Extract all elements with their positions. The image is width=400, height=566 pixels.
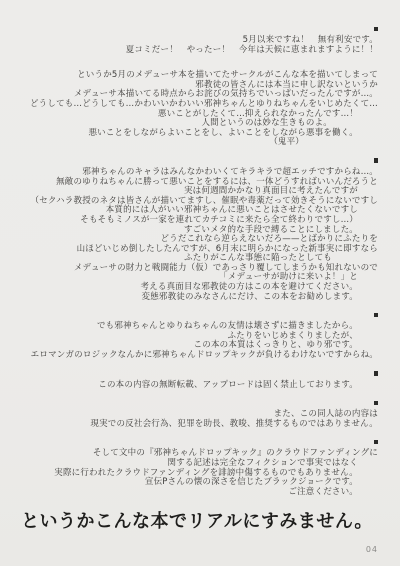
bullet-row — [16, 26, 378, 33]
bullet-square-icon — [374, 401, 379, 406]
bullet-square-icon — [374, 158, 379, 163]
page-number: 04 — [16, 545, 378, 554]
text-line: （鬼平） — [16, 138, 378, 148]
text-block: また、この同人誌の内容は現実での反社会行為、犯罪を助長、教唆、推奨するものではあ… — [16, 400, 378, 429]
bullet-row — [16, 312, 378, 319]
scanned-page: 5月以来ですね！ 無有利安です。夏コミだー！ やったー！ 今年は天候に恵まれます… — [0, 0, 400, 566]
text-line: ご注意ください。 — [16, 488, 378, 498]
text-block: そして文中の『邪神ちゃんドロップキック』のクラウドファンディングに関する記述は完… — [16, 439, 378, 497]
text-line: この本の内容の無断転載、アップロードは固く禁止しております。 — [16, 381, 378, 391]
bullet-square-icon — [374, 371, 379, 376]
text-block: 5月以来ですね！ 無有利安です。夏コミだー！ やったー！ 今年は天候に恵まれます… — [16, 26, 378, 55]
bullet-square-icon — [374, 440, 379, 445]
text-line: 夏コミだー！ やったー！ 今年は天候に恵まれますように！！ — [16, 46, 378, 56]
text-line: 悪いことをしながらよいことをし、よいことをしながら悪事を働く。 — [16, 129, 378, 139]
text-block: でも邪神ちゃんとゆりねちゃんの友情は壊さずに描きましたから。ふたりをいじめまくり… — [16, 312, 378, 360]
bullet-row — [16, 439, 378, 446]
bullet-square-icon — [374, 313, 379, 318]
bullet-row — [16, 158, 378, 165]
text-line: 現実での反社会行為、犯罪を助長、教唆、推奨するものではありません。 — [16, 420, 378, 430]
text-block: というか5月のメデューサ本を描いてたサークルがこんな本を描いてしまって邪教徒の皆… — [16, 71, 378, 148]
afterword-text: 5月以来ですね！ 無有利安です。夏コミだー！ やったー！ 今年は天候に恵まれます… — [16, 26, 378, 497]
text-line: 変態邪教徒のみなさんにだけ、この本をお勧めします。 — [16, 293, 378, 303]
text-block: 邪神ちゃんのキャラはみんなかわいくてキラキラで超エッチですからね…。無敵のゆりね… — [16, 158, 378, 302]
headline: というかこんな本でリアルにすみません。 — [16, 507, 378, 533]
bullet-row — [16, 400, 378, 407]
text-line: エロマンガのロジックなんかに邪神ちゃんドロップキックが負けるわけないですからね。 — [16, 351, 378, 361]
bullet-square-icon — [374, 27, 379, 32]
text-block: この本の内容の無断転載、アップロードは固く禁止しております。 — [16, 371, 378, 391]
bullet-row — [16, 371, 378, 378]
